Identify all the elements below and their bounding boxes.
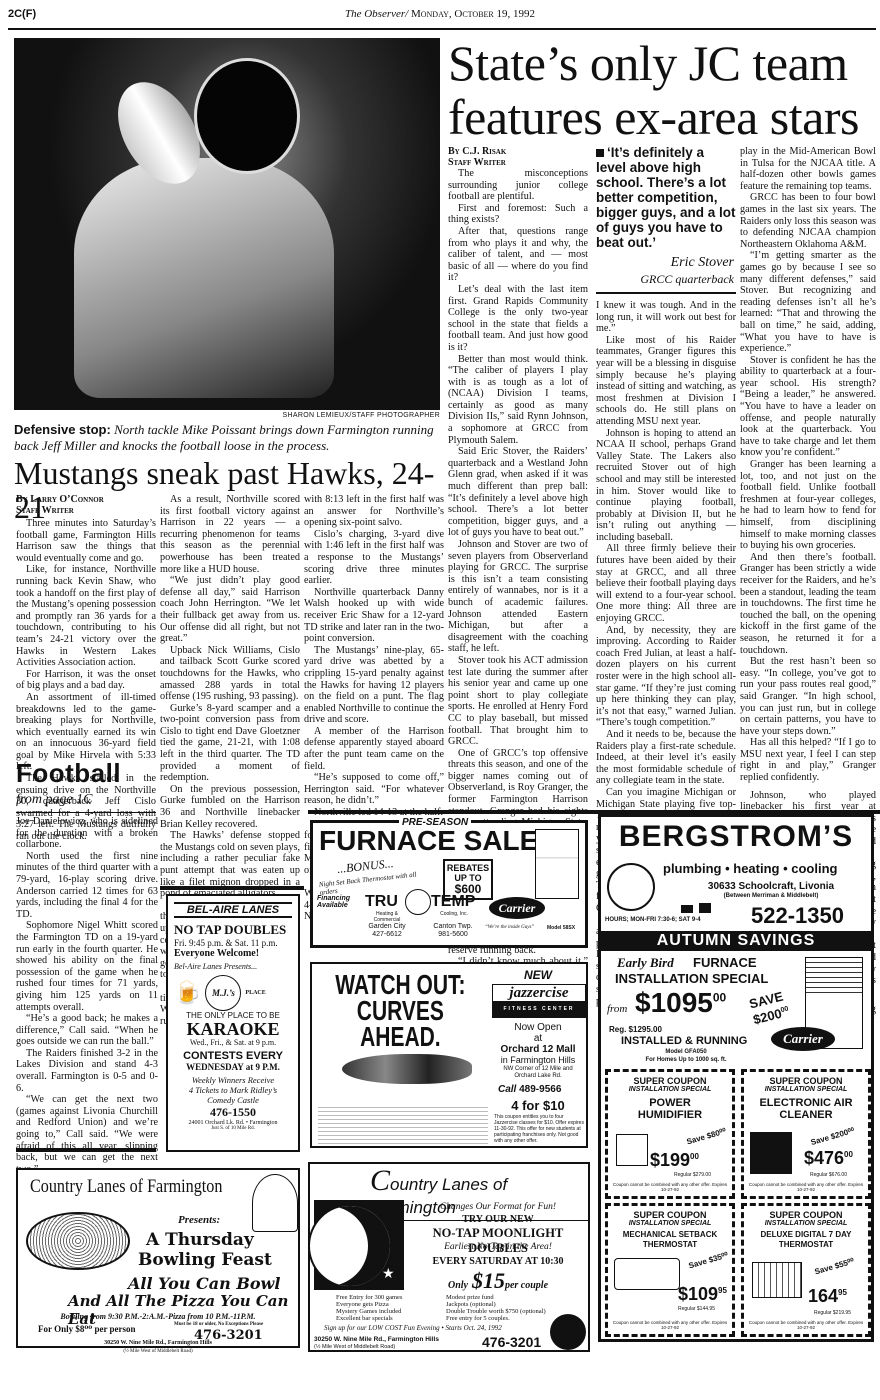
jc-byline: By C.J. Risak Staff Writer (448, 146, 588, 168)
jazzercise-location: Now Open at Orchard 12 Mall in Farmingto… (492, 1022, 584, 1080)
text: Now Open (492, 1022, 584, 1033)
jazzercise-call: Call 489-9566 (498, 1084, 561, 1095)
signup-line: Sign up for our LOW COST Fun Evening • S… (324, 1324, 502, 1332)
mjs-place: PLACE (245, 990, 265, 996)
presents-label: Presents: (178, 1214, 220, 1226)
coupon-save: Save $55⁰⁰ (814, 1257, 856, 1277)
coupon-head: SUPER COUPON (608, 1210, 732, 1220)
paragraph: But the rest hasn’t been so easy. “In co… (740, 656, 876, 737)
country-lanes-logo: Country Lanes of Farmington (30, 1176, 222, 1198)
ad-country-lanes-moonlight: Country Lanes of Farmington ★ Changes Ou… (308, 1162, 590, 1352)
city: in Farmington Hills (492, 1055, 584, 1066)
mustangs-byline: By Larry O’Connor Staff Writer (16, 494, 156, 516)
coupon-save: Save $35⁰⁰ (688, 1251, 730, 1271)
installed-running: INSTALLED & RUNNING (621, 1035, 747, 1047)
price-cents: 00 (713, 991, 726, 1005)
paragraph: GRCC has been to four bowl games in the … (740, 192, 876, 250)
publication-date: Monday, October 19, 1992 (411, 8, 535, 20)
price: $109 (678, 1284, 718, 1304)
coupon-sub: INSTALLATION SPECIAL (608, 1086, 732, 1093)
paragraph: with 8:13 left in the first half was an … (304, 494, 444, 529)
air-cleaner-icon (750, 1132, 792, 1174)
furnace-unit-icon (535, 829, 579, 899)
coupon-price: $19900 (650, 1150, 699, 1171)
paragraph: “I’m getting smarter as the games go by … (740, 250, 876, 354)
ad-jazzercise: WATCH OUT: CURVES AHEAD. NEW jazzercise … (310, 962, 588, 1148)
beer-mug-icon: 🍺 (174, 982, 201, 1004)
bergstrom-name: BERGSTROM’S (601, 821, 871, 853)
paragraph: The Mustangs’ nine-play, 65-yard drive w… (304, 645, 444, 726)
jazzercise-fine-print (318, 1104, 488, 1144)
feast-price: For Only $8⁰⁰ per person (38, 1324, 136, 1335)
coupon-product: MECHANICAL SETBACK THERMOSTAT (608, 1230, 732, 1250)
phone: 489-9566 (519, 1084, 561, 1095)
ad-furnace-sale: PRE-SEASON FURNACE SALE ...BONUS... Nigh… (310, 820, 588, 948)
moonlight-address: 30250 W. Nine Mile Rd., Farmington Hills (314, 1336, 439, 1343)
belaire-address: Just S. of 10 Mile Rd. (174, 1126, 292, 1131)
bowler-illustration (252, 1174, 298, 1232)
photo-player-body (74, 158, 334, 398)
call-label: Call (498, 1084, 516, 1095)
furnace-model: Model GFA050 (621, 1049, 751, 1055)
paragraph: All three firmly believe their futures h… (596, 543, 736, 624)
football-jump-headline: Football (16, 758, 121, 789)
feature-item: Double Trouble worth $750 (optional) (446, 1308, 546, 1315)
coupon-electronic-air-cleaner[interactable]: SUPER COUPON INSTALLATION SPECIAL ELECTR… (741, 1069, 871, 1199)
paragraph: Johnson and Stover are two of seven play… (448, 539, 588, 655)
photo-caption: Defensive stop: North tackle Mike Poissa… (14, 422, 444, 454)
bergstrom-phone: 522-1350 (751, 903, 844, 929)
belaire-karaoke: KARAOKE (174, 1020, 292, 1038)
furnace-location-2: Canton Twp.981-5600 (423, 923, 483, 939)
football-jump-rule (16, 812, 156, 813)
photo-helmet (194, 58, 300, 174)
belaire-contests: CONTESTS EVERY (174, 1050, 292, 1062)
furnace-label: FURNACE (693, 955, 757, 970)
save-cents: 00 (780, 1006, 789, 1015)
price: $199 (650, 1150, 690, 1170)
belaire-logo: BEL-AIRE LANES (174, 902, 292, 918)
ad-country-lanes-thursday: Country Lanes of Farmington Presents: A … (16, 1168, 300, 1348)
price: $1095 (635, 987, 713, 1018)
mustangs-byline-title: Staff Writer (16, 505, 156, 516)
night-sky-illustration: ★ (314, 1200, 404, 1290)
price: $15 (472, 1268, 505, 1293)
bowling-feast-title: Bowling Feast (138, 1250, 272, 1270)
coupon-save: Save $200⁰⁰ (810, 1126, 856, 1147)
bergstrom-address-detail: (Between Merriman & Middlebelt) (681, 893, 861, 899)
publication-name: The Observer/ (345, 8, 408, 20)
format-line: Changes Our Format for Fun! (406, 1202, 590, 1212)
furnace-slogan: “We’re the inside Guys” (485, 925, 534, 930)
only-label: Only (448, 1280, 468, 1291)
coupon-product: POWER HUMIDIFIER (608, 1097, 732, 1121)
jc-byline-name: By C.J. Risak (448, 146, 588, 157)
furnace-price: $109500 (635, 987, 726, 1019)
paragraph: Let’s deal with the last item first. Gra… (448, 284, 588, 354)
dateline: The Observer/ Monday, October 19, 1992 (0, 8, 880, 20)
coupon-sub: INSTALLATION SPECIAL (744, 1220, 868, 1227)
coupon-fine: Coupon cannot be combined with any other… (612, 1320, 728, 1330)
furnace-title: FURNACE SALE (319, 827, 538, 855)
country-lanes-address-detail: (½ Mile West of Middlebelt Road) (16, 1349, 300, 1354)
pull-quote-role: GRCC quarterback (596, 271, 734, 287)
price: 164 (808, 1286, 838, 1306)
paragraph: North used the first nine minutes of the… (16, 851, 158, 921)
coupon-mechanical-thermostat[interactable]: SUPER COUPON INSTALLATION SPECIAL MECHAN… (605, 1203, 735, 1337)
coupon-digital-thermostat[interactable]: SUPER COUPON INSTALLATION SPECIAL DELUXE… (741, 1203, 871, 1337)
pull-quote-text: ‘It’s definitely a level above high scho… (596, 145, 736, 250)
bergstrom-hours: HOURS; MON-FRI 7:30-6; SAT 9-4 (605, 917, 701, 923)
moonlight-price: Only $15per couple (406, 1268, 590, 1294)
feature-item: Excellent bar specials (336, 1315, 402, 1322)
belaire-contests-day: WEDNESDAY at 9 P.M. (174, 1062, 292, 1072)
furnace-location-1: Garden City427-6612 (357, 923, 417, 939)
jazzercise-logo: jazzercise FITNESS CENTER (492, 984, 586, 1018)
coupon-regular: Regular $219.95 (814, 1310, 851, 1316)
belaire-times: Fri. 9:45 p.m. & Sat. 11 p.m. (174, 938, 292, 948)
country-lanes-address: 30250 W. Nine Mile Rd., Farmington Hills (18, 1340, 298, 1346)
price: $476 (804, 1148, 844, 1168)
pull-quote-name: Eric Stover (596, 255, 734, 271)
reclining-woman-illustration (342, 1054, 472, 1084)
paragraph: For Harrison, it was the onset of big pl… (16, 669, 156, 692)
logo-text: jazzercise (493, 985, 585, 1001)
star-icon: ★ (382, 1266, 395, 1283)
ad-belaire-lanes: BEL-AIRE LANES NO TAP DOUBLES Fri. 9:45 … (166, 894, 300, 1152)
coupon-product: DELUXE DIGITAL 7 DAY THERMOSTAT (744, 1230, 868, 1250)
furnace-homes: For Homes Up to 1000 sq. ft. (621, 1057, 751, 1063)
belaire-welcome: Everyone Welcome! (174, 948, 292, 959)
paragraph: Three minutes into Saturday’s football g… (16, 518, 156, 564)
loc: NW Corner of 12 Mile and Orchard Lake Rd… (492, 1066, 584, 1080)
paragraph: “He’s a good back; he makes a difference… (16, 1013, 158, 1048)
city: Canton Twp. (423, 923, 483, 931)
coupon-fine: Coupon cannot be combined with any other… (612, 1182, 728, 1192)
paragraph: Has all this helped? “If I go to MSU nex… (740, 737, 876, 783)
pizza-illustration (26, 1212, 130, 1270)
moonlight-features-left: Free Entry for 300 games Everyone gets P… (336, 1294, 402, 1322)
paragraph: First and foremost: Such a thing exists? (448, 203, 588, 226)
feature-item: Free entry for 5 couples. (446, 1315, 546, 1322)
moon-icon (308, 1204, 392, 1288)
feature-item: Jackpots (optional) (446, 1301, 546, 1308)
paragraph: As a result, Northville scored its first… (160, 494, 300, 575)
city: Garden City (357, 923, 417, 931)
paragraph: The misconceptions surrounding junior co… (448, 168, 588, 203)
trutemp-sub: Heating & Commercial (365, 911, 409, 923)
caption-label: Defensive stop: (14, 422, 111, 437)
trutemp-logo-temp: TEMP (431, 893, 475, 911)
coupon-sub: INSTALLATION SPECIAL (744, 1086, 868, 1093)
bergstrom-services: plumbing • heating • cooling (663, 861, 837, 876)
paragraph: play in the Mid-American Bowl in Tulsa f… (740, 146, 876, 192)
coupon-regular: Regular $676.00 (810, 1172, 847, 1178)
paragraph: “We can get the next two (games against … (16, 1094, 158, 1175)
phone: 981-5600 (423, 931, 483, 939)
bowling-pins-ball-icon (550, 1314, 586, 1350)
paragraph: Granger has been learning a lot, too, an… (740, 459, 876, 552)
moonlight-phone: 476-3201 (482, 1334, 541, 1350)
paragraph: I knew it was tough. And in the long run… (596, 300, 736, 335)
mastercard-icon (699, 903, 711, 913)
all-you-can-bowl: All You Can Bowl (128, 1274, 280, 1293)
feature-item: Everyone gets Pizza (336, 1301, 402, 1308)
coupon-sub: INSTALLATION SPECIAL (608, 1220, 732, 1227)
belaire-no-tap: NO TAP DOUBLES (174, 922, 292, 938)
jazzercise-headline: WATCH OUT: CURVES AHEAD. (316, 972, 485, 1050)
bullet-square-icon (596, 149, 604, 157)
paragraph: After that, questions range from who pla… (448, 226, 588, 284)
thursday-title: A Thursday (146, 1230, 254, 1250)
mustangs-byline-name: By Larry O’Connor (16, 494, 156, 505)
belaire-winners: Comedy Castle (174, 1095, 292, 1105)
from-label: from (607, 1003, 627, 1015)
coupon-regular: Regular $279.00 (674, 1172, 711, 1178)
early-bird-label: Early Bird (617, 955, 674, 971)
title-cap: C (370, 1164, 390, 1197)
feature-item: Free Entry for 300 games (336, 1294, 402, 1301)
visa-card-icon (681, 905, 693, 913)
cents: 00 (844, 1150, 853, 1159)
paragraph: Upback Nick Williams, Cislo and tailback… (160, 645, 300, 703)
carrier-logo: Carrier (489, 897, 545, 919)
paragraph: And it needs to be, because the Raiders … (596, 729, 736, 787)
ad-divider-rule (160, 886, 304, 890)
logo-sub: FITNESS CENTER (493, 1001, 585, 1017)
paragraph: Joe Danielowicz, who is sidelined for th… (16, 816, 158, 851)
jazzercise-coupon-terms: This coupon entitles you to four Jazzerc… (494, 1114, 584, 1144)
save-amount: $200 (752, 1006, 784, 1028)
humidifier-icon (616, 1134, 648, 1166)
paragraph: Like, for instance, Northville running b… (16, 564, 156, 668)
ad-bergstroms: BERGSTROM’S plumbing • heating • cooling… (598, 814, 874, 1342)
paragraph: Better than most would think. “The calib… (448, 354, 588, 447)
paragraph: On the previous possession, Gurke fumble… (160, 784, 300, 830)
paragraph: Gurke’s 8-yard scamper and a two-point c… (160, 703, 300, 784)
regular-price: Reg. $1295.00 (609, 1025, 662, 1034)
coupon-fine: Coupon cannot be combined with any other… (748, 1182, 864, 1192)
paragraph: And then there’s football. Granger has b… (740, 552, 876, 656)
paragraph: Stover is confident he has the ability t… (740, 355, 876, 459)
furnace-model: Model 58SX (547, 925, 577, 931)
football-photo (14, 38, 440, 410)
paragraph: Said Eric Stover, the Raiders’ quarterba… (448, 446, 588, 539)
paragraph: A member of the Harrison defense apparen… (304, 726, 444, 772)
coupon-price: 16495 (808, 1286, 847, 1307)
paragraph: And, by necessity, they are improving. A… (596, 625, 736, 729)
save-badge: SAVE$20000 (748, 989, 791, 1027)
paragraph: Northville quarterback Danny Walsh hooke… (304, 587, 444, 645)
feature-item: Mystery Games included (336, 1308, 402, 1315)
moonlight-features-right: Modest prize fund Jackpots (optional) Do… (446, 1294, 546, 1322)
coupon-head: SUPER COUPON (608, 1076, 732, 1086)
age-requirement: Must be 18 or older, No Exceptions Pleas… (174, 1322, 263, 1327)
faucet-icon (607, 863, 655, 911)
coupon-fine: Coupon cannot be combined with any other… (748, 1320, 864, 1330)
cents: 95 (718, 1286, 727, 1295)
trutemp-sub: Cooling, Inc. (431, 911, 477, 917)
paragraph: Johnson is hoping to attend an NCAA II s… (596, 428, 736, 544)
paragraph: Like most of his Raider teammates, Grang… (596, 335, 736, 428)
coupon-price: $10995 (678, 1284, 727, 1305)
jc-headline: State’s only JC team features ex-area st… (448, 36, 878, 144)
coupon-save: Save $80⁰⁰ (686, 1127, 728, 1147)
per-couple: per couple (505, 1280, 548, 1291)
coupon-head: SUPER COUPON (744, 1210, 868, 1220)
paragraph: “We just didn’t play good defense all da… (160, 575, 300, 645)
paragraph: “He’s supposed to come off,” Herrington … (304, 772, 444, 807)
coupon-regular: Regular $144.95 (678, 1306, 715, 1312)
coupon-product: ELECTRONIC AIR CLEANER (744, 1097, 868, 1121)
text: at (492, 1033, 584, 1044)
headline-line: CURVES AHEAD. (316, 998, 485, 1050)
jc-byline-title: Staff Writer (448, 157, 588, 168)
coupon-power-humidifier[interactable]: SUPER COUPON INSTALLATION SPECIAL POWER … (605, 1069, 735, 1199)
pull-quote-rule (596, 292, 736, 294)
bergstrom-address: 30633 Schoolcraft, Livonia (681, 881, 861, 892)
coupon-head: SUPER COUPON (744, 1076, 868, 1086)
paragraph: Sophomore Nigel Whitt scored the Farming… (16, 920, 158, 1013)
belaire-phone: 476-1550 (174, 1105, 292, 1120)
pull-quote-attribution: Eric Stover GRCC quarterback (596, 255, 734, 287)
trutemp-logo-tru: TRU (365, 893, 398, 911)
coupon-price: $47600 (804, 1148, 853, 1169)
belaire-karaoke-times: Wed., Fri., & Sat. at 9 p.m. (174, 1038, 292, 1047)
moonlight-address-detail: (½ Mile West of Middlebelt Road) (314, 1344, 395, 1350)
belaire-winners: Weekly Winners Receive (174, 1075, 292, 1085)
jazzercise-new: NEW (492, 968, 584, 982)
mjs-logo: M.J.’s (205, 975, 241, 1011)
photo-credit: SHARON LEMIEUX/STAFF PHOTOGRAPHER (14, 412, 440, 419)
phone: 427-6612 (357, 931, 417, 939)
cents: 95 (838, 1288, 847, 1297)
carrier-logo: Carrier (771, 1027, 835, 1051)
autumn-savings-banner: AUTUMN SAVINGS (601, 931, 871, 951)
rebate-label: REBATES (445, 863, 491, 873)
feature-item: Modest prize fund (446, 1294, 546, 1301)
pull-quote: ‘It’s definitely a level above high scho… (596, 145, 736, 250)
digital-thermostat-icon (752, 1262, 802, 1298)
try-our-new: TRY OUR NEW (406, 1214, 590, 1225)
paragraph: The Raiders finished 3-2 in the Lakes Di… (16, 1048, 158, 1094)
cents: 00 (690, 1152, 699, 1161)
installation-special: INSTALLATION SPECIAL (615, 971, 768, 986)
column-end-rule (16, 1148, 156, 1152)
header-rule (8, 28, 876, 30)
thermostat-icon (614, 1258, 680, 1290)
earliest-no-tap: Earliest No-Tap in the Area! (406, 1242, 590, 1252)
belaire-presents: Bel-Aire Lanes Presents... (174, 962, 292, 971)
paragraph: Cislo’s charging, 3-yard dive with 1:46 … (304, 529, 444, 587)
jazzercise-offer: 4 for $10 (492, 1098, 584, 1113)
paragraph: Stover took his ACT admission test late … (448, 655, 588, 748)
mall: Orchard 12 Mall (492, 1044, 584, 1055)
bowling-hours: Bowling from 9:30 P.M.-2:A.M.-Pizza from… (18, 1312, 298, 1321)
furnace-financing: Financing Available (317, 895, 353, 909)
belaire-winners: 4 Tickets to Mark Ridley’s (174, 1085, 292, 1095)
every-saturday: EVERY SATURDAY AT 10:30 (406, 1256, 590, 1267)
football-jump-subhead: from page 1C (16, 792, 92, 808)
